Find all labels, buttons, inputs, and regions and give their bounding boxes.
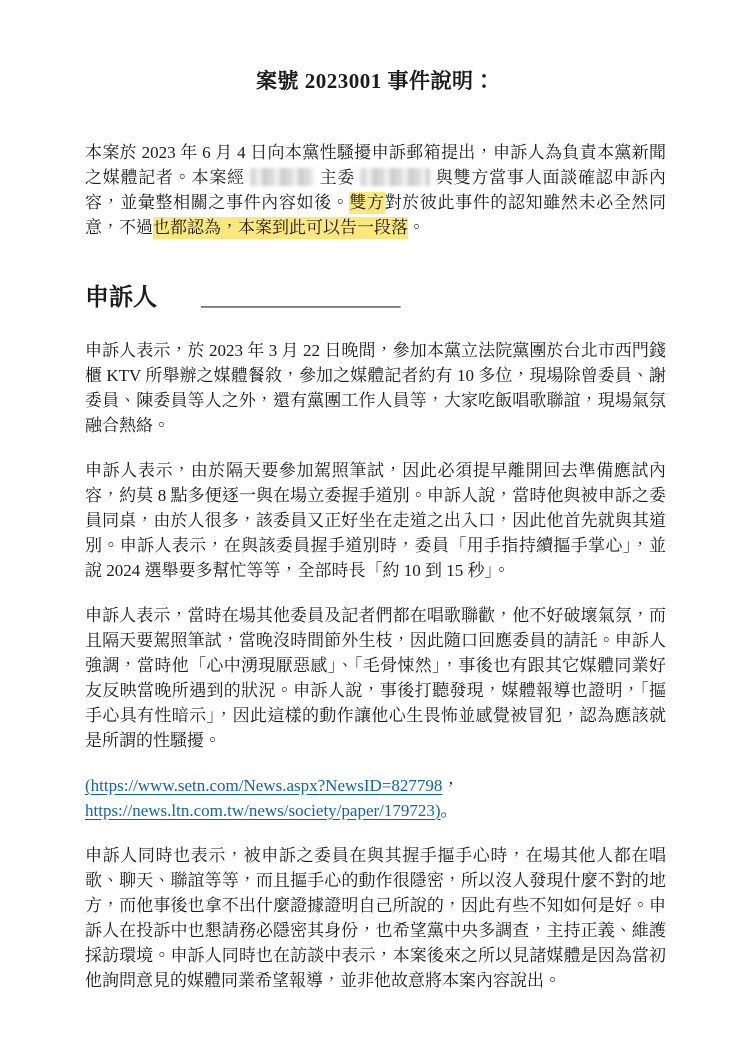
paragraph-handshake-farewell: 申訴人表示，由於隔天要參加駕照筆試，因此必須提早離開回去準備應試內容，約莫 8 … bbox=[85, 458, 666, 583]
intro-text-2: 主委 bbox=[319, 168, 355, 187]
setn-news-link[interactable]: https://www.setn.com/News.aspx?NewsID=82… bbox=[91, 776, 443, 795]
signature-underscore-line: ___________________ bbox=[201, 286, 401, 310]
intro-text-5: 。 bbox=[408, 218, 425, 237]
intro-paragraph: 本案於 2023 年 6 月 4 日向本黨性騷擾申訴郵箱提出，申訴人為負責本黨新… bbox=[85, 140, 666, 240]
paragraph-reaction-harassment: 申訴人表示，當時在場其他委員及記者們都在唱歌聯歡，他不好破壞氣氛，而且隔天要駕照… bbox=[85, 603, 666, 753]
document-page: 案號 2023001 事件說明： 本案於 2023 年 6 月 4 日向本黨性騷… bbox=[0, 0, 750, 1061]
ltn-news-link[interactable]: https://news.ltn.com.tw/news/society/pap… bbox=[85, 801, 435, 820]
paragraph-ktv-dinner: 申訴人表示，於 2023 年 3 月 22 日晚間，參加本黨立法院黨團於台北市西… bbox=[85, 338, 666, 438]
redacted-name-blur-2 bbox=[360, 168, 430, 186]
paragraph-closing-statement: 申訴人同時也表示，被申訴之委員在與其握手摳手心時，在場其他人都在唱歌、聊天、聯誼… bbox=[85, 843, 666, 993]
redacted-name-blur-1 bbox=[250, 168, 314, 186]
reference-period: 。 bbox=[441, 801, 458, 820]
reference-links-paragraph: (https://www.setn.com/News.aspx?NewsID=8… bbox=[85, 773, 666, 823]
reference-separator: ， bbox=[442, 776, 459, 795]
highlight-both-parties: 雙方 bbox=[349, 192, 384, 214]
page-title: 案號 2023001 事件說明： bbox=[85, 66, 666, 96]
highlight-case-closed: 也都認為，本案到此可以告一段落 bbox=[153, 217, 408, 239]
section-heading-label: 申訴人 bbox=[85, 285, 157, 311]
section-heading-complainant: 申訴人___________________ bbox=[85, 283, 666, 313]
